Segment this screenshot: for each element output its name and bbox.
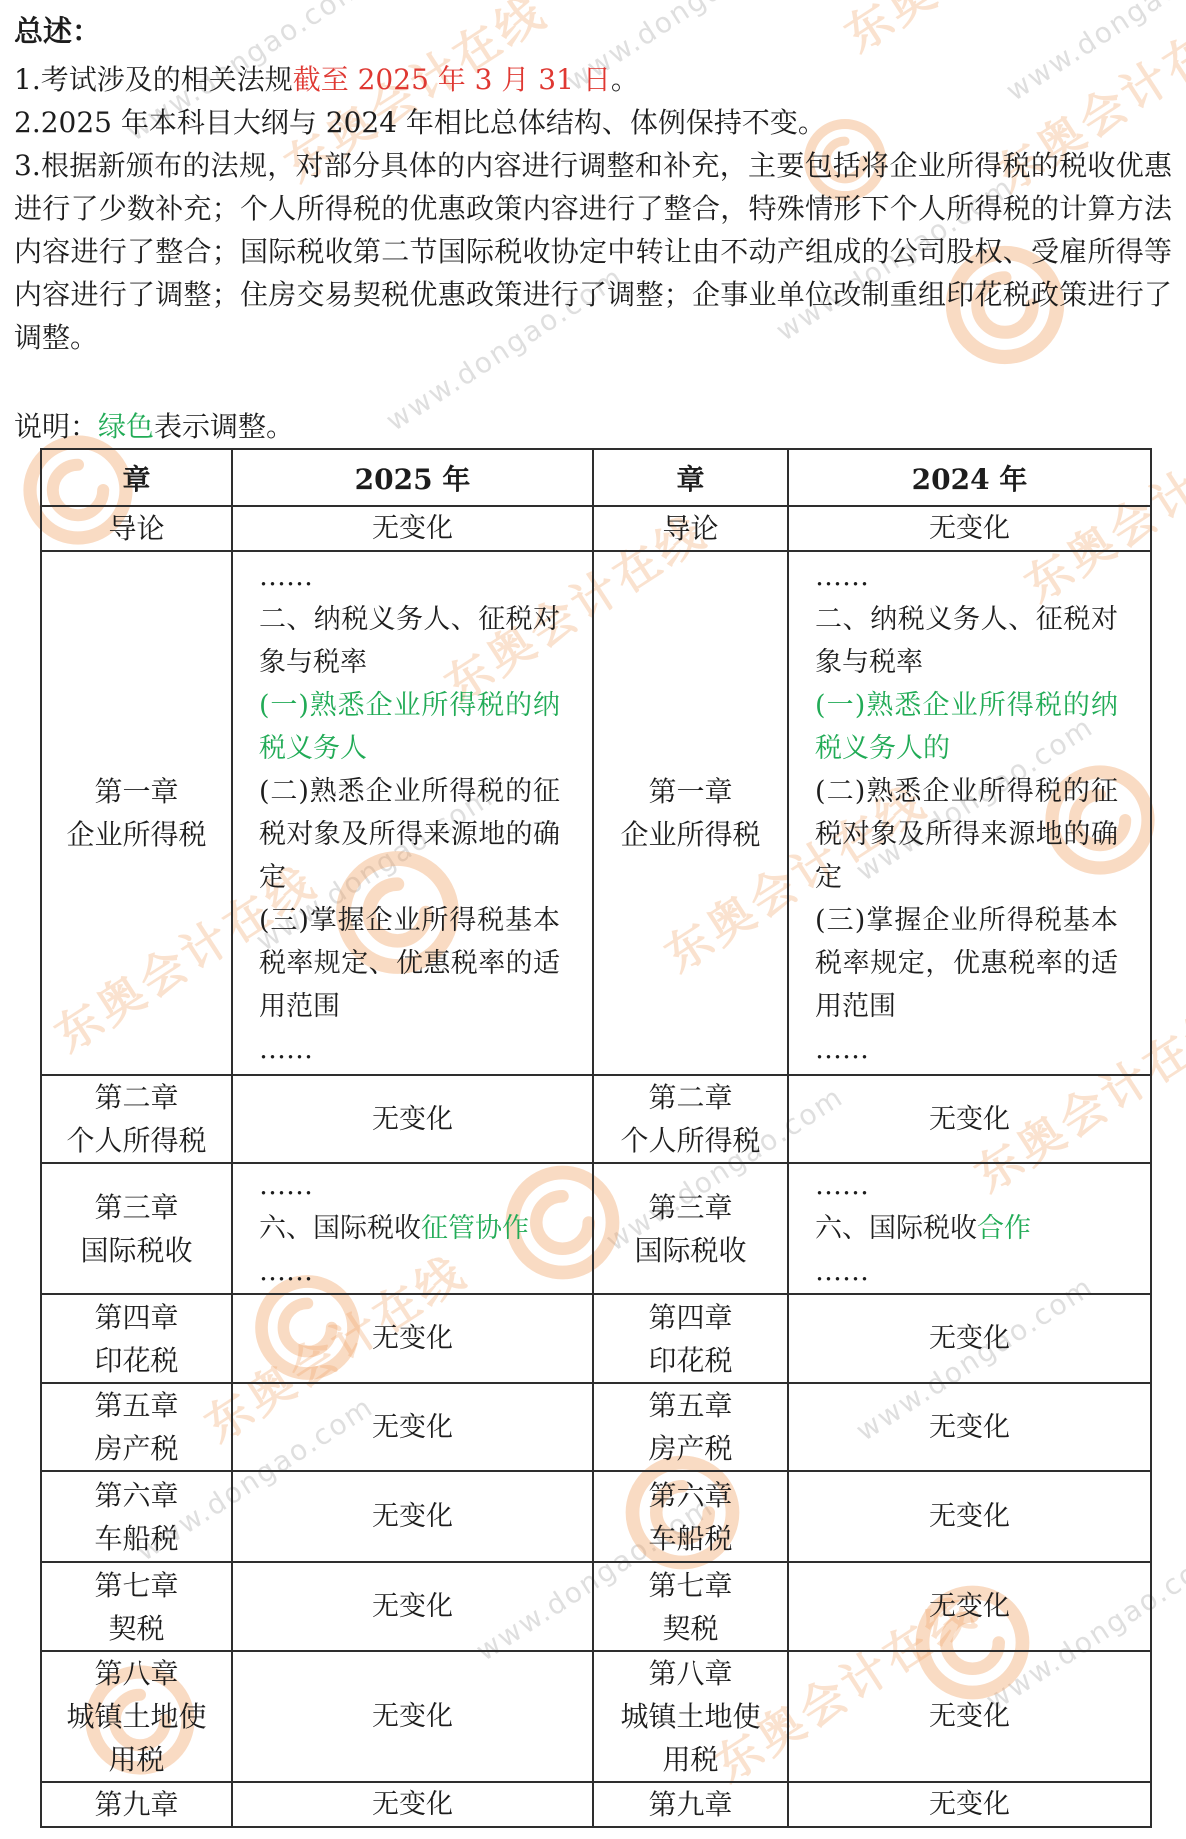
note-text: 说明： [14,410,98,443]
intro-text-red: 截至 2025 年 3 月 31 日 [293,63,611,96]
content-cell: 无变化 [788,1075,1151,1163]
chapter-cell: 第七章契税 [593,1562,788,1651]
intro-text: 1.考试涉及的相关法规 [14,63,293,96]
chapter-cell: 第八章城镇土地使用税 [593,1651,788,1782]
content-text: 无变化 [372,513,453,544]
content-paragraph: 无变化 [793,1406,1146,1449]
table-header: 章2025 年章2024 年 [41,449,1151,506]
content-paragraph: (一)熟悉企业所得税的纳税义务人 [259,684,560,770]
content-paragraph: 无变化 [237,1098,588,1141]
intro-text: 2.2025 年本科目大纲与 2024 年相比总体结构、体例保持不变。 [14,106,826,139]
content-cell: 无变化 [788,1562,1151,1651]
content-text: 无变化 [929,1501,1010,1532]
chapter-cell: 第一章企业所得税 [593,551,788,1075]
content-text: 无变化 [929,513,1010,544]
table-row: 导论无变化导论无变化 [41,506,1151,551]
chapter-cell: 第九章 [41,1782,232,1827]
page: { "colors": { "text": "#1d1d1d", "red": … [0,0,1186,1839]
content-cell: ……六、国际税收合作…… [788,1163,1151,1294]
content-paragraph: …… [815,1028,1118,1071]
content-text: …… [815,1170,869,1201]
content-paragraph: …… [259,1250,560,1293]
content-cell: 无变化 [788,1471,1151,1562]
summary-heading: 总述： [14,12,1172,50]
content-cell: 无变化 [232,1471,593,1562]
chapter-cell: 第三章国际税收 [593,1163,788,1294]
table-row: 第二章个人所得税无变化第二章个人所得税无变化 [41,1075,1151,1163]
content-text: …… [815,1256,869,1287]
content-paragraph: …… [815,555,1118,598]
chapter-cell: 第六章车船税 [41,1471,232,1562]
content-text: (三)掌握企业所得税基本税率规定、优惠税率的适用范围 [259,905,560,1022]
content-text: 无变化 [929,1323,1010,1354]
chapter-cell: 第九章 [593,1782,788,1827]
header-cell: 章 [593,449,788,506]
content-cell: 无变化 [232,1782,593,1827]
content-text: …… [259,1256,313,1287]
content-paragraph: (一)熟悉企业所得税的纳税义务人的 [815,684,1118,770]
chapter-cell: 第二章个人所得税 [41,1075,232,1163]
content-cell: 无变化 [232,1075,593,1163]
content-paragraph: 二、纳税义务人、征税对象与税率 [815,598,1118,684]
chapter-cell: 第五章房产税 [593,1383,788,1471]
content-cell: 无变化 [788,1651,1151,1782]
content-paragraph: 无变化 [793,1783,1146,1826]
content-text: 无变化 [372,1323,453,1354]
content-text: 无变化 [372,1412,453,1443]
content-paragraph: (三)掌握企业所得税基本税率规定、优惠税率的适用范围 [259,899,560,1028]
content-cell: 无变化 [232,1294,593,1383]
content-text: …… [815,561,869,592]
intro-paragraph: 1.考试涉及的相关法规截至 2025 年 3 月 31 日。 [14,58,1172,101]
intro-text: 3.根据新颁布的法规，对部分具体的内容进行调整和补充，主要包括将企业所得税的税收… [14,149,1172,354]
content-text: (二)熟悉企业所得税的征税对象及所得来源地的确定 [815,776,1118,893]
content-text: 无变化 [372,1789,453,1820]
content-paragraph: 六、国际税收征管协作 [259,1207,560,1250]
content-text: 无变化 [929,1104,1010,1135]
content-paragraph: 无变化 [793,1098,1146,1141]
legend-note: 说明：绿色表示调整。 [14,405,1172,448]
content-text: 无变化 [372,1591,453,1622]
content-paragraph: (二)熟悉企业所得税的征税对象及所得来源地的确定 [259,770,560,899]
table-row: 第六章车船税无变化第六章车船税无变化 [41,1471,1151,1562]
intro-paragraph: 3.根据新颁布的法规，对部分具体的内容进行调整和补充，主要包括将企业所得税的税收… [14,144,1172,359]
content-paragraph: …… [259,555,560,598]
content-text-green: 合作 [977,1213,1031,1244]
intro-paragraph: 2.2025 年本科目大纲与 2024 年相比总体结构、体例保持不变。 [14,101,1172,144]
chapter-cell: 第四章印花税 [41,1294,232,1383]
content-paragraph: (三)掌握企业所得税基本税率规定，优惠税率的适用范围 [815,899,1118,1028]
content-text: 无变化 [372,1701,453,1732]
chapter-cell: 第七章契税 [41,1562,232,1651]
content-text: 无变化 [372,1104,453,1135]
content-text-green: (一)熟悉企业所得税的纳税义务人 [259,690,560,764]
content-paragraph: 无变化 [237,1585,588,1628]
chapter-cell: 第五章房产税 [41,1383,232,1471]
table-row: 第四章印花税无变化第四章印花税无变化 [41,1294,1151,1383]
content-text: 无变化 [929,1412,1010,1443]
content-text-green: (一)熟悉企业所得税的纳税义务人的 [815,690,1118,764]
content-paragraph: 无变化 [237,1495,588,1538]
content-paragraph: 无变化 [237,1406,588,1449]
content-cell: 无变化 [232,1383,593,1471]
content-cell: 无变化 [788,1294,1151,1383]
content-text: (二)熟悉企业所得税的征税对象及所得来源地的确定 [259,776,560,893]
chapter-cell: 第三章国际税收 [41,1163,232,1294]
content-paragraph: …… [815,1164,1118,1207]
table-row: 第一章企业所得税……二、纳税义务人、征税对象与税率(一)熟悉企业所得税的纳税义务… [41,551,1151,1075]
intro-text: 。 [611,63,639,96]
intro-paragraphs: 1.考试涉及的相关法规截至 2025 年 3 月 31 日。2.2025 年本科… [14,58,1172,359]
comparison-table: 章2025 年章2024 年 导论无变化导论无变化第一章企业所得税……二、纳税义… [40,448,1152,1828]
content-text: 无变化 [929,1591,1010,1622]
chapter-cell: 导论 [593,506,788,551]
table-row: 第三章国际税收……六、国际税收征管协作……第三章国际税收……六、国际税收合作…… [41,1163,1151,1294]
content-text: 二、纳税义务人、征税对象与税率 [259,604,560,678]
content-paragraph: (二)熟悉企业所得税的征税对象及所得来源地的确定 [815,770,1118,899]
content-paragraph: 无变化 [237,1783,588,1826]
header-cell: 2024 年 [788,449,1151,506]
content-paragraph: 无变化 [793,1585,1146,1628]
content-text: 无变化 [929,1701,1010,1732]
content-text: 六、国际税收 [259,1213,421,1244]
content-cell: 无变化 [788,1383,1151,1471]
content-cell: 无变化 [788,1782,1151,1827]
content-paragraph: 无变化 [793,507,1146,550]
table-row: 第七章契税无变化第七章契税无变化 [41,1562,1151,1651]
content-text: 无变化 [372,1501,453,1532]
content-text: …… [259,561,313,592]
content-paragraph: 无变化 [793,1495,1146,1538]
content-text: (三)掌握企业所得税基本税率规定，优惠税率的适用范围 [815,905,1118,1022]
content-text-green: 征管协作 [421,1213,529,1244]
chapter-cell: 第一章企业所得税 [41,551,232,1075]
note-text: 表示调整。 [154,410,294,443]
content-cell: 无变化 [232,506,593,551]
chapter-cell: 第六章车船税 [593,1471,788,1562]
content-cell: 无变化 [232,1562,593,1651]
chapter-cell: 第二章个人所得税 [593,1075,788,1163]
chapter-cell: 导论 [41,506,232,551]
content-paragraph: 六、国际税收合作 [815,1207,1118,1250]
content-paragraph: …… [259,1164,560,1207]
content-text: 二、纳税义务人、征税对象与税率 [815,604,1118,678]
note-text-green: 绿色 [98,410,154,443]
content-paragraph: 二、纳税义务人、征税对象与税率 [259,598,560,684]
content-text: …… [259,1170,313,1201]
content-text: …… [815,1034,869,1065]
content-cell: ……六、国际税收征管协作…… [232,1163,593,1294]
content-paragraph: 无变化 [237,1695,588,1738]
content-paragraph: 无变化 [793,1317,1146,1360]
content-text: 无变化 [929,1789,1010,1820]
content-cell: ……二、纳税义务人、征税对象与税率(一)熟悉企业所得税的纳税义务人(二)熟悉企业… [232,551,593,1075]
content-cell: 无变化 [232,1651,593,1782]
content-cell: ……二、纳税义务人、征税对象与税率(一)熟悉企业所得税的纳税义务人的(二)熟悉企… [788,551,1151,1075]
content-paragraph: …… [815,1250,1118,1293]
chapter-cell: 第八章城镇土地使用税 [41,1651,232,1782]
table-row: 第五章房产税无变化第五章房产税无变化 [41,1383,1151,1471]
content-paragraph: 无变化 [793,1695,1146,1738]
table-row: 第八章城镇土地使用税无变化第八章城镇土地使用税无变化 [41,1651,1151,1782]
header-cell: 章 [41,449,232,506]
content-paragraph: 无变化 [237,1317,588,1360]
content-text: …… [259,1034,313,1065]
content-cell: 无变化 [788,506,1151,551]
table-row: 第九章无变化第九章无变化 [41,1782,1151,1827]
chapter-cell: 第四章印花税 [593,1294,788,1383]
content-paragraph: …… [259,1028,560,1071]
content-paragraph: 无变化 [237,507,588,550]
document-content: 总述： 1.考试涉及的相关法规截至 2025 年 3 月 31 日。2.2025… [0,0,1186,1828]
content-text: 六、国际税收 [815,1213,977,1244]
header-cell: 2025 年 [232,449,593,506]
